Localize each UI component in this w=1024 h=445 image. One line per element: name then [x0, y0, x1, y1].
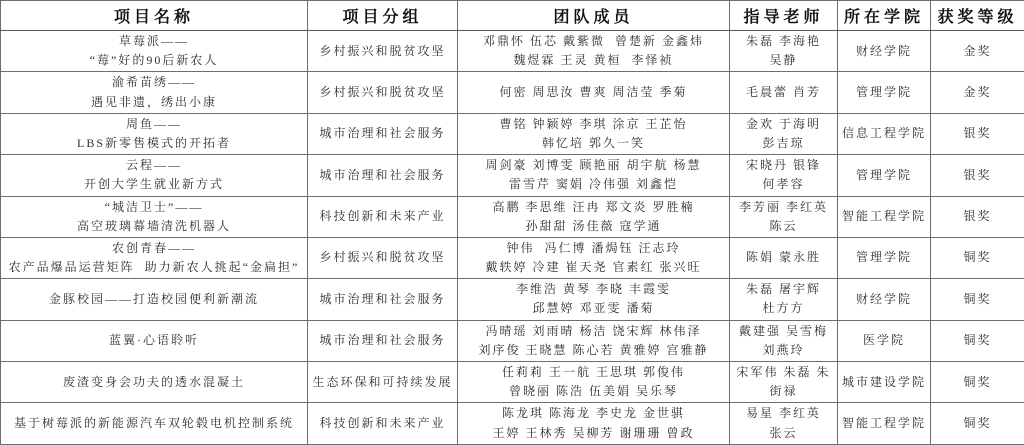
- award-cell: 金奖: [931, 72, 1024, 113]
- project-group-cell: 乡村振兴和脱贫攻坚: [308, 72, 458, 113]
- cell-line: 农创青春——: [3, 239, 305, 258]
- cell-line: 金豚校园——打造校园便利新潮流: [3, 290, 305, 309]
- project-name-cell: 蓝翼·心语聆听: [1, 320, 308, 361]
- team-members-cell: 冯晴瑶 刘雨晴 杨洁 饶宋辉 林伟泽刘序俊 王晓慧 陈心若 黄雅婷 宫雅静: [458, 320, 730, 361]
- cell-line: LBS新零售模式的开拓者: [3, 134, 305, 153]
- table-row: 渝希苗绣——遇见非遗，绣出小康 乡村振兴和脱贫攻坚 何密 周思汝 曹爽 周洁莹 …: [1, 72, 1024, 113]
- teachers-cell: 宋军伟 朱磊 朱街禄: [730, 362, 838, 403]
- cell-line: 何密 周思汝 曹爽 周洁莹 季菊: [460, 83, 727, 102]
- cell-line: 生态环保和可持续发展: [310, 373, 455, 392]
- cell-line: 陈云: [732, 217, 835, 236]
- awards-table: 项目名称 项目分组 团队成员 指导老师 所在学院 获奖等级 草莓派——“莓”好的…: [0, 0, 1024, 445]
- award-cell: 铜奖: [931, 403, 1024, 444]
- project-name-cell: 废渣变身会功夫的透水混凝土: [1, 362, 308, 403]
- cell-line: 杜方方: [732, 299, 835, 318]
- cell-line: 陈娟 蒙永胜: [732, 248, 835, 267]
- cell-line: 银奖: [933, 124, 1022, 143]
- award-cell: 铜奖: [931, 279, 1024, 320]
- cell-line: 乡村振兴和脱贫攻坚: [310, 42, 455, 61]
- cell-line: 孙甜甜 汤佳薇 寇学通: [460, 217, 727, 236]
- cell-line: 朱磊 李海艳: [732, 32, 835, 51]
- table-row: 蓝翼·心语聆听 城市治理和社会服务 冯晴瑶 刘雨晴 杨洁 饶宋辉 林伟泽刘序俊 …: [1, 320, 1024, 361]
- cell-line: 张云: [732, 424, 835, 443]
- cell-line: 雷雪芹 窦娟 冷伟强 刘鑫恺: [460, 175, 727, 194]
- teachers-cell: 陈娟 蒙永胜: [730, 237, 838, 278]
- cell-line: 银奖: [933, 207, 1022, 226]
- team-members-cell: 周剑豪 刘博雯 顾艳丽 胡宇航 杨慧雷雪芹 窦娟 冷伟强 刘鑫恺: [458, 155, 730, 196]
- cell-line: 魏煜霖 王灵 黄桓 李怿祯: [460, 51, 727, 70]
- cell-line: 铜奖: [933, 414, 1022, 433]
- project-group-cell: 生态环保和可持续发展: [308, 362, 458, 403]
- cell-line: 农产品爆品运营矩阵 助力新农人挑起“金扁担”: [3, 258, 305, 277]
- cell-line: 开创大学生就业新方式: [3, 175, 305, 194]
- teachers-cell: 戴建强 吴雪梅刘燕玲: [730, 320, 838, 361]
- cell-line: 宋军伟 朱磊 朱: [732, 363, 835, 382]
- cell-line: 周鱼——: [3, 115, 305, 134]
- cell-line: 城市建设学院: [840, 373, 928, 392]
- table-row: 基于树莓派的新能源汽车双轮毂电机控制系统 科技创新和未来产业 陈龙琪 陈海龙 李…: [1, 403, 1024, 444]
- cell-line: 草莓派——: [3, 32, 305, 51]
- cell-line: 铜奖: [933, 373, 1022, 392]
- cell-line: 刘序俊 王晓慧 陈心若 黄雅婷 宫雅静: [460, 341, 727, 360]
- cell-line: 周剑豪 刘博雯 顾艳丽 胡宇航 杨慧: [460, 156, 727, 175]
- cell-line: 李芳丽 李红英: [732, 198, 835, 217]
- cell-line: 管理学院: [840, 248, 928, 267]
- project-group-cell: 城市治理和社会服务: [308, 279, 458, 320]
- award-cell: 银奖: [931, 113, 1024, 154]
- cell-line: 财经学院: [840, 290, 928, 309]
- cell-line: 科技创新和未来产业: [310, 414, 455, 433]
- cell-line: 废渣变身会功夫的透水混凝土: [3, 373, 305, 392]
- project-name-cell: 金豚校园——打造校园便利新潮流: [1, 279, 308, 320]
- college-cell: 财经学院: [838, 31, 931, 72]
- cell-line: 高空玻璃幕墙清洗机器人: [3, 217, 305, 236]
- cell-line: 冯晴瑶 刘雨晴 杨洁 饶宋辉 林伟泽: [460, 322, 727, 341]
- project-name-cell: “城洁卫士”——高空玻璃幕墙清洗机器人: [1, 196, 308, 237]
- teachers-cell: 朱磊 屠宇辉杜方方: [730, 279, 838, 320]
- cell-line: 金奖: [933, 42, 1022, 61]
- cell-line: 吴静: [732, 51, 835, 70]
- team-members-cell: 邓鼎怀 伍芯 戴紫微 曾楚新 金鑫炜魏煜霖 王灵 黄桓 李怿祯: [458, 31, 730, 72]
- cell-line: 乡村振兴和脱贫攻坚: [310, 83, 455, 102]
- column-header-advisors: 指导老师: [730, 1, 838, 31]
- header-row: 项目名称 项目分组 团队成员 指导老师 所在学院 获奖等级: [1, 1, 1024, 31]
- college-cell: 财经学院: [838, 279, 931, 320]
- college-cell: 信息工程学院: [838, 113, 931, 154]
- table-row: 周鱼——LBS新零售模式的开拓者 城市治理和社会服务 曹铭 钟颖婷 李琪 涂京 …: [1, 113, 1024, 154]
- teachers-cell: 金欢 于海明彭吉琼: [730, 113, 838, 154]
- project-name-cell: 农创青春——农产品爆品运营矩阵 助力新农人挑起“金扁担”: [1, 237, 308, 278]
- cell-line: 铜奖: [933, 248, 1022, 267]
- project-name-cell: 渝希苗绣——遇见非遗，绣出小康: [1, 72, 308, 113]
- cell-line: 韩忆培 郭久一笑: [460, 134, 727, 153]
- cell-line: 刘燕玲: [732, 341, 835, 360]
- project-group-cell: 乡村振兴和脱贫攻坚: [308, 237, 458, 278]
- team-members-cell: 任莉莉 王一航 王思琪 郭俊伟曾晓丽 陈浩 伍美娟 吴乐琴: [458, 362, 730, 403]
- cell-line: “城洁卫士”——: [3, 198, 305, 217]
- table-row: 农创青春——农产品爆品运营矩阵 助力新农人挑起“金扁担” 乡村振兴和脱贫攻坚 钟…: [1, 237, 1024, 278]
- cell-line: 管理学院: [840, 166, 928, 185]
- cell-line: 智能工程学院: [840, 414, 928, 433]
- award-cell: 铜奖: [931, 237, 1024, 278]
- team-members-cell: 曹铭 钟颖婷 李琪 涂京 王芷怡韩忆培 郭久一笑: [458, 113, 730, 154]
- cell-line: “莓”好的90后新农人: [3, 51, 305, 70]
- cell-line: 云程——: [3, 156, 305, 175]
- cell-line: 金欢 于海明: [732, 115, 835, 134]
- cell-line: 易星 李红英: [732, 404, 835, 423]
- cell-line: 邓鼎怀 伍芯 戴紫微 曾楚新 金鑫炜: [460, 32, 727, 51]
- table-row: 金豚校园——打造校园便利新潮流 城市治理和社会服务 李维浩 黄琴 李晓 丰霞雯邱…: [1, 279, 1024, 320]
- project-group-cell: 乡村振兴和脱贫攻坚: [308, 31, 458, 72]
- table-header: 项目名称 项目分组 团队成员 指导老师 所在学院 获奖等级: [1, 1, 1024, 31]
- project-name-cell: 基于树莓派的新能源汽车双轮毂电机控制系统: [1, 403, 308, 444]
- cell-line: 医学院: [840, 331, 928, 350]
- results-table-body: 草莓派——“莓”好的90后新农人 乡村振兴和脱贫攻坚 邓鼎怀 伍芯 戴紫微 曾楚…: [1, 31, 1024, 445]
- cell-line: 渝希苗绣——: [3, 73, 305, 92]
- teachers-cell: 宋晓丹 银锋何孝容: [730, 155, 838, 196]
- cell-line: 高鹏 李思维 汪冉 郑文炎 罗胜楠: [460, 198, 727, 217]
- table-row: 云程——开创大学生就业新方式 城市治理和社会服务 周剑豪 刘博雯 顾艳丽 胡宇航…: [1, 155, 1024, 196]
- college-cell: 智能工程学院: [838, 196, 931, 237]
- team-members-cell: 李维浩 黄琴 李晓 丰霞雯邱慧婷 邓亚雯 潘菊: [458, 279, 730, 320]
- college-cell: 医学院: [838, 320, 931, 361]
- cell-line: 钟伟 冯仁博 潘焗钰 汪志玲: [460, 239, 727, 258]
- project-group-cell: 城市治理和社会服务: [308, 113, 458, 154]
- team-members-cell: 高鹏 李思维 汪冉 郑文炎 罗胜楠孙甜甜 汤佳薇 寇学通: [458, 196, 730, 237]
- cell-line: 金奖: [933, 83, 1022, 102]
- college-cell: 管理学院: [838, 72, 931, 113]
- column-header-project-group: 项目分组: [308, 1, 458, 31]
- cell-line: 管理学院: [840, 83, 928, 102]
- cell-line: 朱磊 屠宇辉: [732, 280, 835, 299]
- college-cell: 管理学院: [838, 155, 931, 196]
- cell-line: 宋晓丹 银锋: [732, 156, 835, 175]
- cell-line: 任莉莉 王一航 王思琪 郭俊伟: [460, 363, 727, 382]
- award-cell: 铜奖: [931, 320, 1024, 361]
- cell-line: 城市治理和社会服务: [310, 124, 455, 143]
- column-header-project-name: 项目名称: [1, 1, 308, 31]
- cell-line: 陈龙琪 陈海龙 李史龙 金世骐: [460, 404, 727, 423]
- cell-line: 城市治理和社会服务: [310, 290, 455, 309]
- cell-line: 王婷 王林秀 吴柳芳 谢珊珊 曾政: [460, 424, 727, 443]
- cell-line: 戴轶婷 冷建 崔天尧 官素红 张兴旺: [460, 258, 727, 277]
- cell-line: 邱慧婷 邓亚雯 潘菊: [460, 299, 727, 318]
- cell-line: 毛晨蕾 肖芳: [732, 83, 835, 102]
- cell-line: 科技创新和未来产业: [310, 207, 455, 226]
- cell-line: 曹铭 钟颖婷 李琪 涂京 王芷怡: [460, 115, 727, 134]
- cell-line: 何孝容: [732, 175, 835, 194]
- table-row: 废渣变身会功夫的透水混凝土 生态环保和可持续发展 任莉莉 王一航 王思琪 郭俊伟…: [1, 362, 1024, 403]
- award-cell: 银奖: [931, 196, 1024, 237]
- cell-line: 银奖: [933, 166, 1022, 185]
- cell-line: 铜奖: [933, 331, 1022, 350]
- cell-line: 铜奖: [933, 290, 1022, 309]
- cell-line: 李维浩 黄琴 李晓 丰霞雯: [460, 280, 727, 299]
- cell-line: 信息工程学院: [840, 124, 928, 143]
- project-group-cell: 城市治理和社会服务: [308, 155, 458, 196]
- cell-line: 蓝翼·心语聆听: [3, 331, 305, 350]
- college-cell: 管理学院: [838, 237, 931, 278]
- cell-line: 智能工程学院: [840, 207, 928, 226]
- college-cell: 城市建设学院: [838, 362, 931, 403]
- column-header-award-level: 获奖等级: [931, 1, 1024, 31]
- column-header-team-members: 团队成员: [458, 1, 730, 31]
- cell-line: 彭吉琼: [732, 134, 835, 153]
- cell-line: 遇见非遗，绣出小康: [3, 93, 305, 112]
- cell-line: 城市治理和社会服务: [310, 166, 455, 185]
- team-members-cell: 钟伟 冯仁博 潘焗钰 汪志玲戴轶婷 冷建 崔天尧 官素红 张兴旺: [458, 237, 730, 278]
- project-group-cell: 科技创新和未来产业: [308, 403, 458, 444]
- award-cell: 金奖: [931, 31, 1024, 72]
- teachers-cell: 毛晨蕾 肖芳: [730, 72, 838, 113]
- cell-line: 财经学院: [840, 42, 928, 61]
- cell-line: 乡村振兴和脱贫攻坚: [310, 248, 455, 267]
- project-name-cell: 周鱼——LBS新零售模式的开拓者: [1, 113, 308, 154]
- teachers-cell: 易星 李红英张云: [730, 403, 838, 444]
- project-group-cell: 科技创新和未来产业: [308, 196, 458, 237]
- college-cell: 智能工程学院: [838, 403, 931, 444]
- teachers-cell: 朱磊 李海艳吴静: [730, 31, 838, 72]
- award-cell: 银奖: [931, 155, 1024, 196]
- project-group-cell: 城市治理和社会服务: [308, 320, 458, 361]
- cell-line: 街禄: [732, 382, 835, 401]
- cell-line: 城市治理和社会服务: [310, 331, 455, 350]
- project-name-cell: 云程——开创大学生就业新方式: [1, 155, 308, 196]
- cell-line: 曾晓丽 陈浩 伍美娟 吴乐琴: [460, 382, 727, 401]
- team-members-cell: 何密 周思汝 曹爽 周洁莹 季菊: [458, 72, 730, 113]
- award-cell: 铜奖: [931, 362, 1024, 403]
- cell-line: 基于树莓派的新能源汽车双轮毂电机控制系统: [3, 414, 305, 433]
- cell-line: 戴建强 吴雪梅: [732, 322, 835, 341]
- teachers-cell: 李芳丽 李红英陈云: [730, 196, 838, 237]
- column-header-college: 所在学院: [838, 1, 931, 31]
- team-members-cell: 陈龙琪 陈海龙 李史龙 金世骐王婷 王林秀 吴柳芳 谢珊珊 曾政: [458, 403, 730, 444]
- table-row: “城洁卫士”——高空玻璃幕墙清洗机器人 科技创新和未来产业 高鹏 李思维 汪冉 …: [1, 196, 1024, 237]
- project-name-cell: 草莓派——“莓”好的90后新农人: [1, 31, 308, 72]
- table-row: 草莓派——“莓”好的90后新农人 乡村振兴和脱贫攻坚 邓鼎怀 伍芯 戴紫微 曾楚…: [1, 31, 1024, 72]
